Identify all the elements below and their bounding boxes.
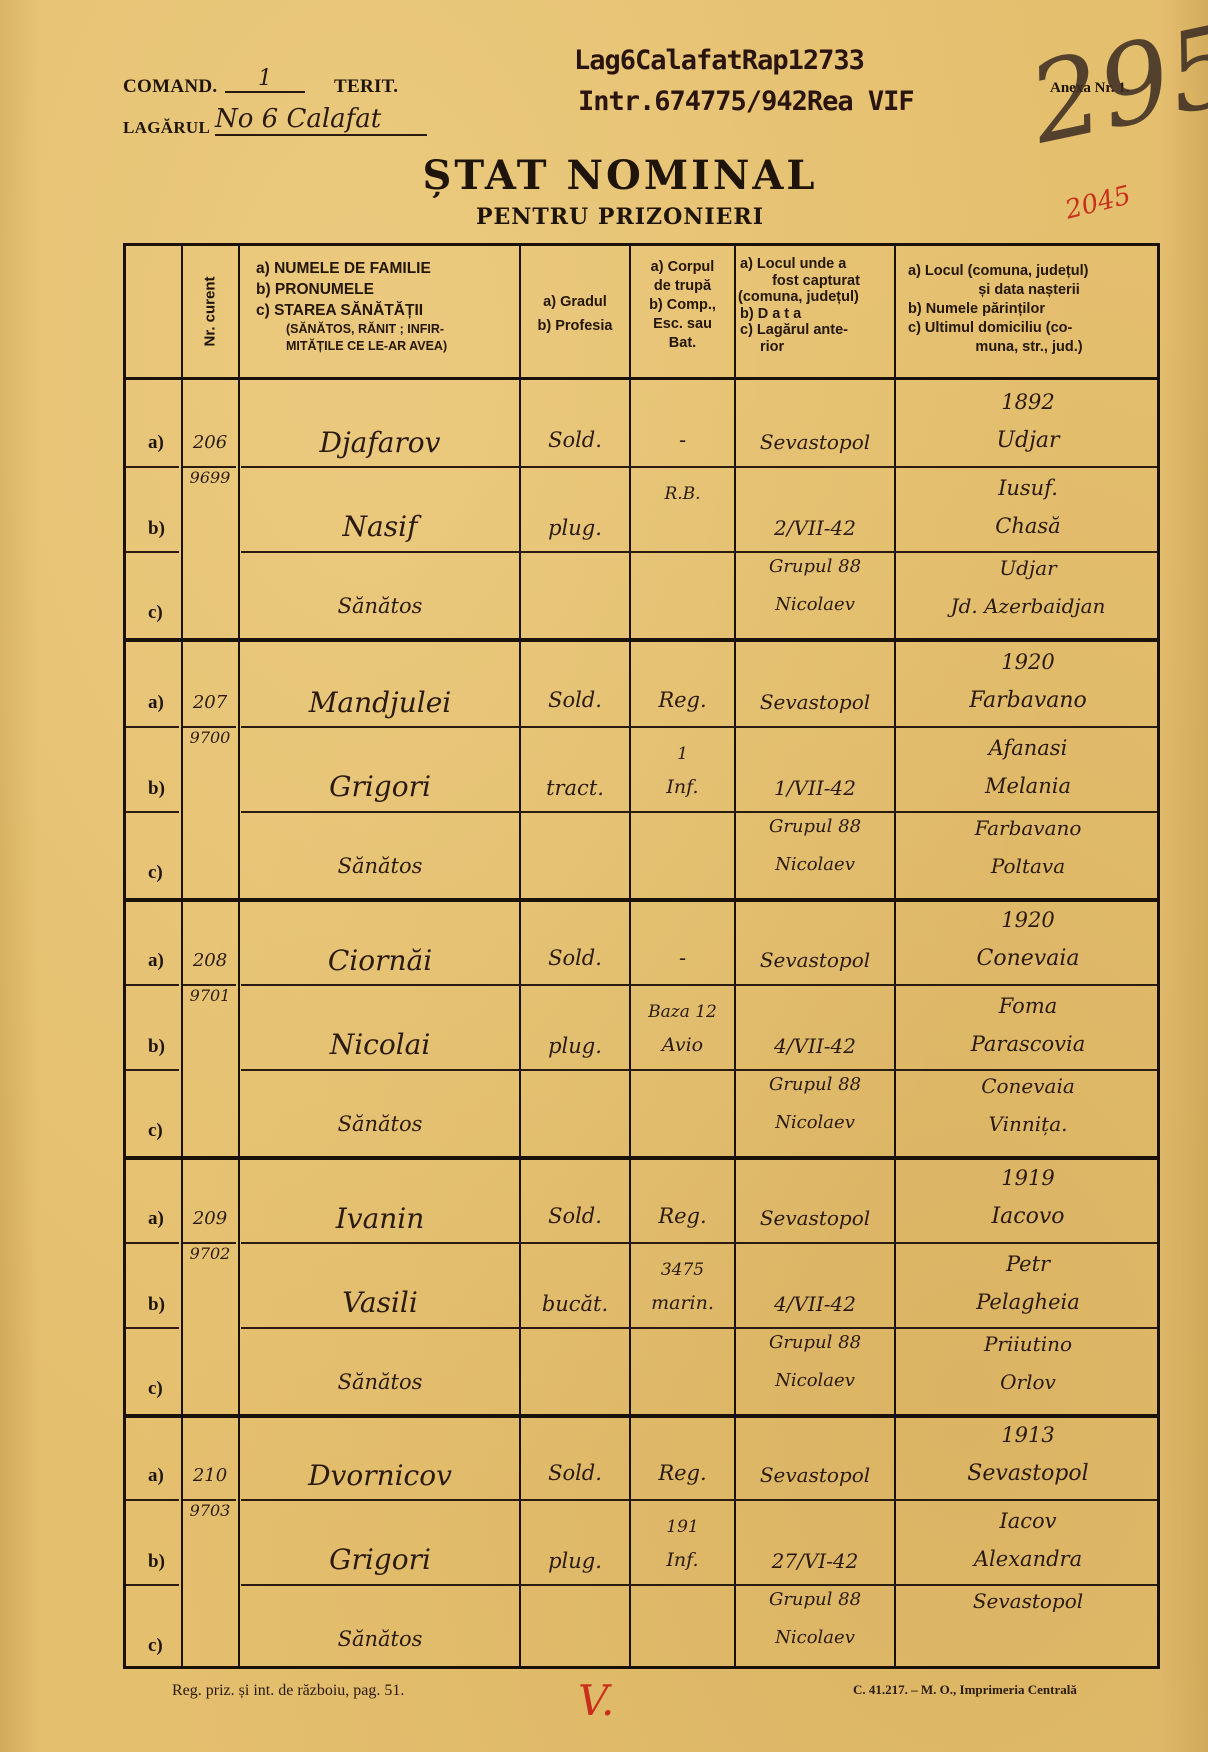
table-row: a) b) c) 208 9701 Ciornăi Nicolai Sănăto…: [126, 898, 1157, 1160]
signature-mark: 295: [1019, 0, 1208, 168]
unit-company-detail: Inf.: [631, 1549, 734, 1571]
unit-corps: Reg.: [631, 1204, 734, 1228]
parent-mother: Melania: [896, 774, 1160, 798]
capture-place: Sevastopol: [736, 430, 894, 454]
unit-company-detail: Avio: [631, 1034, 734, 1056]
unit-corps: Reg.: [631, 1461, 734, 1485]
grade: Sold.: [521, 1204, 629, 1228]
unit-company-detail: marin.: [631, 1292, 734, 1314]
unit-corps: -: [631, 428, 734, 452]
first-name: Grigori: [241, 1543, 519, 1576]
prisoner-table: Nr. curent a) NUMELE DE FAMILIE b) PRONU…: [123, 243, 1160, 1669]
row-label-b: b): [148, 1551, 165, 1573]
surname: Djafarov: [241, 426, 519, 459]
grade: Sold.: [521, 428, 629, 452]
parent-father: Afanasi: [896, 736, 1160, 760]
parent-father: Petr: [896, 1252, 1160, 1276]
row-label-c: c): [148, 1378, 163, 1400]
footer-regulation-ref: Reg. priz. și int. de războiu, pag. 51.: [172, 1682, 404, 1700]
domicile-region: Jd. Azerbaidjan: [896, 594, 1160, 618]
parent-father: Foma: [896, 994, 1160, 1018]
grade: Sold.: [521, 946, 629, 970]
row-label-a: a): [148, 432, 164, 454]
previous-camp: Grupul 88: [736, 1074, 894, 1095]
header-origin: a) Locul (comuna, județul) și data naște…: [898, 246, 1160, 377]
surname: Ivanin: [241, 1202, 519, 1235]
profession: tract.: [521, 776, 629, 800]
current-number: 208: [184, 950, 236, 971]
lagarul-label: LAGĂRUL: [123, 118, 210, 138]
header-nr-curent: Nr. curent: [183, 246, 238, 377]
parent-mother: Parascovia: [896, 1032, 1160, 1056]
unit-company: 3475: [631, 1260, 734, 1280]
birth-year: 1913: [896, 1423, 1160, 1447]
first-name: Vasili: [241, 1286, 519, 1319]
row-label-b: b): [148, 1294, 165, 1316]
domicile-locality: Sevastopol: [896, 1589, 1160, 1613]
row-label-b: b): [148, 518, 165, 540]
health-status: Sănătos: [241, 594, 519, 618]
domicile-region: Poltava: [896, 854, 1160, 878]
profession: plug.: [521, 1549, 629, 1573]
row-label-c: c): [148, 862, 163, 884]
birth-place: Sevastopol: [896, 1461, 1160, 1486]
row-label-a: a): [148, 692, 164, 714]
previous-camp: Grupul 88: [736, 1589, 894, 1610]
registry-stamp-line2: Intr.674775/942Rea VIF: [578, 86, 914, 117]
table-row: a) b) c) 209 9702 Ivanin Vasili Sănătos …: [126, 1156, 1157, 1418]
header-name: a) NUMELE DE FAMILIE b) PRONUMELE c) STA…: [256, 246, 516, 377]
unit-company: R.B.: [631, 484, 734, 504]
red-check-mark: V.: [578, 1676, 614, 1725]
birth-place: Farbavano: [896, 688, 1160, 713]
parent-mother: Alexandra: [896, 1547, 1160, 1571]
birth-year: 1920: [896, 650, 1160, 674]
unit-company: 191: [631, 1517, 734, 1537]
previous-camp-location: Nicolaev: [736, 1627, 894, 1648]
registry-stamp-line1: Lag6CalafatRap12733: [574, 45, 864, 76]
terit-label: TERIT.: [334, 76, 398, 98]
parent-mother: Chasă: [896, 514, 1160, 538]
capture-date: 4/VII-42: [736, 1292, 894, 1316]
row-label-a: a): [148, 950, 164, 972]
unit-company: 1: [631, 744, 734, 764]
domicile-locality: Priiutino: [896, 1332, 1160, 1356]
domicile-locality: Udjar: [896, 556, 1160, 580]
unit-corps: Reg.: [631, 688, 734, 712]
registration-number: 9701: [182, 986, 238, 1005]
health-status: Sănătos: [241, 1370, 519, 1394]
birth-place: Iacovo: [896, 1204, 1160, 1229]
first-name: Nicolai: [241, 1028, 519, 1061]
surname: Dvornicov: [241, 1459, 519, 1492]
comand-value: 1: [225, 66, 305, 93]
row-label-b: b): [148, 778, 165, 800]
current-number: 210: [184, 1465, 236, 1486]
capture-date: 27/VI-42: [736, 1549, 894, 1573]
domicile-locality: Farbavano: [896, 816, 1160, 840]
table-row: a) b) c) 207 9700 Mandjulei Grigori Sănă…: [126, 640, 1157, 902]
previous-camp: Grupul 88: [736, 816, 894, 837]
grade: Sold.: [521, 688, 629, 712]
registration-number: 9700: [182, 728, 238, 747]
surname: Ciornăi: [241, 944, 519, 977]
row-label-a: a): [148, 1208, 164, 1230]
capture-date: 4/VII-42: [736, 1034, 894, 1058]
table-header: Nr. curent a) NUMELE DE FAMILIE b) PRONU…: [126, 246, 1157, 380]
row-label-c: c): [148, 602, 163, 624]
domicile-region: Orlov: [896, 1370, 1160, 1394]
domicile-locality: Conevaia: [896, 1074, 1160, 1098]
capture-place: Sevastopol: [736, 690, 894, 714]
previous-camp-location: Nicolaev: [736, 594, 894, 615]
row-label-a: a): [148, 1465, 164, 1487]
header-grade: a) Gradul b) Profesia: [521, 246, 629, 377]
current-number: 209: [184, 1208, 236, 1229]
profession: plug.: [521, 516, 629, 540]
registration-number: 9702: [182, 1244, 238, 1263]
profession: plug.: [521, 1034, 629, 1058]
previous-camp: Grupul 88: [736, 556, 894, 577]
birth-year: 1892: [896, 390, 1160, 414]
health-status: Sănătos: [241, 1112, 519, 1136]
birth-year: 1920: [896, 908, 1160, 932]
unit-company: Baza 12: [631, 1002, 734, 1022]
header-unit: a) Corpul de trupă b) Comp., Esc. sau Ba…: [631, 246, 734, 377]
capture-place: Sevastopol: [736, 948, 894, 972]
health-status: Sănătos: [241, 1627, 519, 1651]
surname: Mandjulei: [241, 686, 519, 719]
birth-place: Conevaia: [896, 946, 1160, 971]
capture-place: Sevastopol: [736, 1463, 894, 1487]
parent-father: Iusuf.: [896, 476, 1160, 500]
page-title: ȘTAT NOMINAL: [0, 152, 1208, 199]
birth-place: Udjar: [896, 428, 1160, 453]
capture-date: 1/VII-42: [736, 776, 894, 800]
previous-camp: Grupul 88: [736, 1332, 894, 1353]
parent-father: Iacov: [896, 1509, 1160, 1533]
previous-camp-location: Nicolaev: [736, 1370, 894, 1391]
birth-year: 1919: [896, 1166, 1160, 1190]
grade: Sold.: [521, 1461, 629, 1485]
table-row: a) b) c) 206 9699 Djafarov Nasif Sănătos…: [126, 380, 1157, 642]
table-row: a) b) c) 210 9703 Dvornicov Grigori Sănă…: [126, 1413, 1157, 1671]
current-number: 206: [184, 432, 236, 453]
first-name: Grigori: [241, 770, 519, 803]
row-label-c: c): [148, 1635, 163, 1657]
current-number: 207: [184, 692, 236, 713]
row-label-c: c): [148, 1120, 163, 1142]
footer-printer: C. 41.217. – M. O., Imprimeria Centrală: [853, 1682, 1077, 1698]
unit-company-detail: Inf.: [631, 776, 734, 798]
unit-corps: -: [631, 946, 734, 970]
domicile-region: Vinnița.: [896, 1112, 1160, 1136]
health-status: Sănătos: [241, 854, 519, 878]
capture-date: 2/VII-42: [736, 516, 894, 540]
profession: bucăt.: [521, 1292, 629, 1316]
row-label-b: b): [148, 1036, 165, 1058]
lagarul-value: No 6 Calafat: [215, 104, 427, 136]
comand-label: COMAND.: [123, 76, 217, 98]
previous-camp-location: Nicolaev: [736, 1112, 894, 1133]
header-capture: a) Locul unde a fost capturat (comuna, j…: [738, 246, 894, 377]
registration-number: 9703: [182, 1501, 238, 1520]
capture-place: Sevastopol: [736, 1206, 894, 1230]
parent-mother: Pelagheia: [896, 1290, 1160, 1314]
previous-camp-location: Nicolaev: [736, 854, 894, 875]
registration-number: 9699: [182, 468, 238, 487]
page-subtitle: PENTRU PRIZONIERI: [0, 204, 1208, 230]
first-name: Nasif: [241, 510, 519, 543]
